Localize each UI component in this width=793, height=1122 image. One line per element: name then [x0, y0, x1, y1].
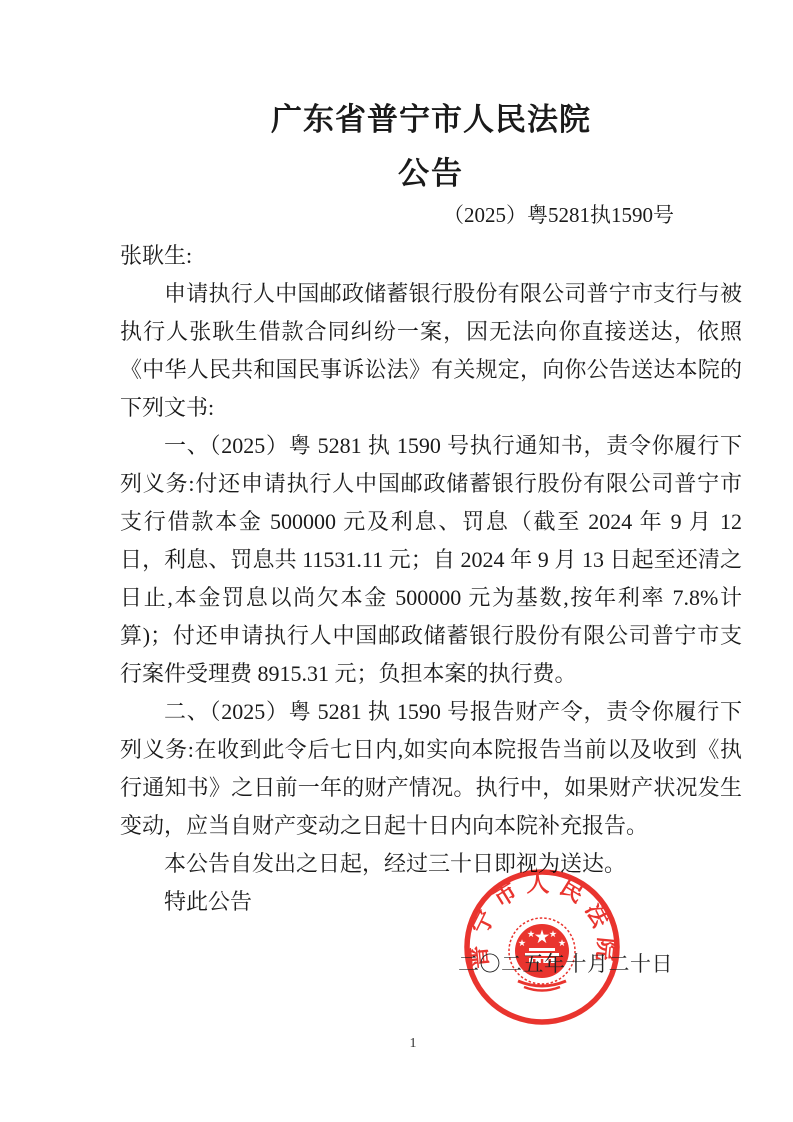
- court-name: 广东省普宁市人民法院: [120, 94, 742, 139]
- paragraph: 申请执行人中国邮政储蓄银行股份有限公司普宁市支行与被执行人张耿生借款合同纠纷一案…: [120, 275, 742, 427]
- paragraph: 二、（2025）粤 5281 执 1590 号报告财产令，责令你履行下列义务:在…: [120, 693, 742, 845]
- page-number: 1: [0, 1036, 793, 1052]
- body-paragraphs: 申请执行人中国邮政储蓄银行股份有限公司普宁市支行与被执行人张耿生借款合同纠纷一案…: [120, 275, 742, 921]
- case-number: （2025）粤5281执1590号: [120, 199, 742, 229]
- court-seal-graphic: 普宁市人民法院: [462, 867, 622, 1027]
- issue-date: 二〇二五年十月二十日: [458, 948, 673, 978]
- case-number-text: （2025）粤5281执1590号: [443, 199, 674, 229]
- paragraph: 一、（2025）粤 5281 执 1590 号执行通知书，责令你履行下列义务:付…: [120, 427, 742, 693]
- recipient-name: 张耿生:: [120, 237, 742, 275]
- paragraph: 特此公告: [120, 883, 742, 921]
- announcement-body: 张耿生: 申请执行人中国邮政储蓄银行股份有限公司普宁市支行与被执行人张耿生借款合…: [120, 237, 742, 921]
- court-seal: 普宁市人民法院: [462, 867, 622, 1027]
- court-announcement-page: 广东省普宁市人民法院 公告 （2025）粤5281执1590号 张耿生: 申请执…: [0, 0, 793, 1122]
- doc-title: 公告: [120, 148, 742, 193]
- paragraph: 本公告自发出之日起，经过三十日即视为送达。: [120, 845, 742, 883]
